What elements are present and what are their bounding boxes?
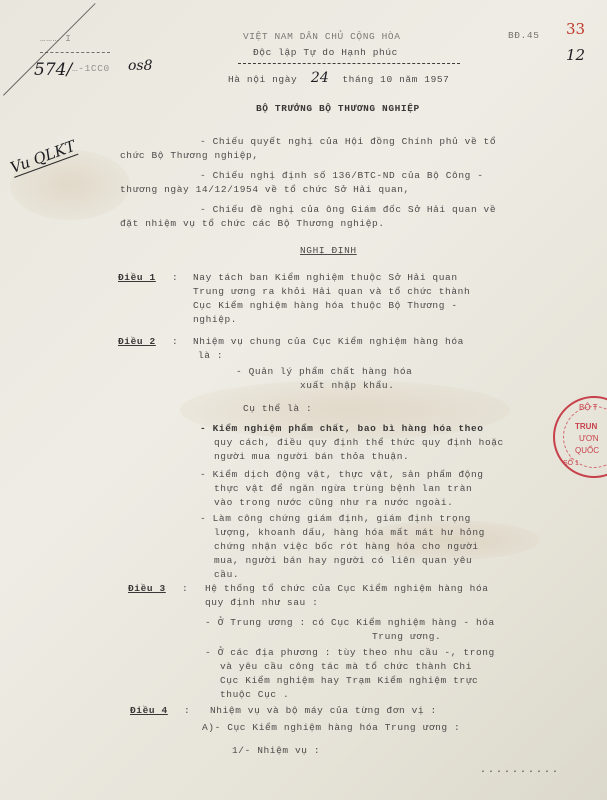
article-2-specific-heading: Cụ thể là : xyxy=(243,403,312,414)
article-4-label: Điều 4 xyxy=(130,705,168,716)
article-4-line: Nhiệm vụ và bộ máy của từng đơn vị : xyxy=(210,705,437,716)
article-1-line: Cục Kiểm nghiệm hàng hóa thuộc Bộ Thương… xyxy=(193,300,458,311)
state-name: VIỆT NAM DÂN CHỦ CỘNG HÒA xyxy=(243,31,401,42)
article-2-label: Điều 2 xyxy=(118,336,156,347)
article-1-label: Điều 1 xyxy=(118,272,156,283)
handwritten-date-day: 24 xyxy=(311,70,329,86)
article-1-line: Nay tách ban Kiểm nghiệm thuộc Sở Hải qu… xyxy=(193,272,458,283)
consideration-3-line1: - Chiếu đề nghị của ông Giám đốc Sở Hải … xyxy=(200,204,496,215)
article-2-line: là : xyxy=(198,350,223,361)
header-left-line2: …-1CC0 xyxy=(72,63,110,74)
article-3-bullet: - Ở các địa phương : tùy theo nhu cầu -,… xyxy=(205,647,495,658)
article-2-bullet: - Kiểm nghiệm phẩm chất, bao bì hàng hóa… xyxy=(200,423,484,434)
article-2-bullet: vào trong nước cũng như ra nước ngoài. xyxy=(214,497,453,508)
article-3-bullet: Cục Kiểm nghiệm hay Trạm Kiểm nghiệm trự… xyxy=(220,675,478,686)
page-number-red: 33 xyxy=(566,20,585,38)
article-3-bullet: Trung ương. xyxy=(372,631,441,642)
article-4-subsection: 1/- Nhiệm vụ : xyxy=(232,745,320,756)
decision-heading: NGHỊ ĐỊNH xyxy=(300,245,357,256)
article-3-bullet: và yêu cầu công tác mà tổ chức thành Chi xyxy=(220,661,472,672)
article-4-subsection: A)- Cục Kiểm nghiệm hàng hóa Trung ương … xyxy=(202,722,460,733)
handwritten-dispatch-number: 574/ xyxy=(34,60,72,80)
article-3-line: quy định như sau : xyxy=(205,597,318,608)
article-colon: : xyxy=(172,336,178,347)
consideration-1-line2: chức Bộ Thương nghiệp, xyxy=(120,150,259,161)
article-2-bullet: - Làm công chứng giám định, giám định tr… xyxy=(200,513,471,524)
article-2-bullet: thực vật để ngăn ngừa trùng bệnh lan trà… xyxy=(214,483,472,494)
header-rule xyxy=(238,63,460,64)
article-2-bullet: lượng, khoanh dấu, hàng hóa mất mát hư h… xyxy=(214,527,485,538)
article-3-bullet: - Ở Trung ương : có Cục Kiểm nghiệm hàng… xyxy=(205,617,495,628)
article-3-bullet: thuộc Cục . xyxy=(220,689,289,700)
article-2-line: Nhiệm vụ chung của Cục Kiểm nghiệm hàng … xyxy=(193,336,464,347)
continuation-dots: .......... xyxy=(480,765,560,776)
water-stain xyxy=(360,520,540,560)
official-red-stamp: BỘ T TRUN ƯƠN QUỐC SỐ 1 xyxy=(553,396,607,478)
article-1-line: Trung ương ra khỏi Hải quan và tổ chức t… xyxy=(193,286,470,297)
article-2-bullet: - Kiểm dịch động vật, thực vật, sản phẩm… xyxy=(200,469,484,480)
handwritten-ref-suffix: os8 xyxy=(128,58,153,74)
article-2-bullet: người mua người bán thỏa thuận. xyxy=(214,451,409,462)
page-number-black: 12 xyxy=(566,46,585,64)
diagonal-pencil-line xyxy=(3,3,96,96)
article-2-bullet: chứng nhận việc bốc rót hàng hóa cho ngư… xyxy=(214,541,479,552)
article-2-bullet: quy cách, điều quy định thể thức quy địn… xyxy=(214,437,504,448)
consideration-1-line1: - Chiếu quyết nghị của Hội đồng Chính ph… xyxy=(200,136,496,147)
date-line: Hà nội ngày 24 tháng 10 năm 1957 xyxy=(228,69,449,87)
article-2-bullet: mua, người bán hay người có liên quan yê… xyxy=(214,555,472,566)
document-title: BỘ TRƯỞNG BỘ THƯƠNG NGHIỆP xyxy=(256,103,420,114)
document-page: ……… I …-1CC0 574/ os8 Vu QLKT VIỆT NAM D… xyxy=(0,0,607,800)
article-2-bullet: cầu. xyxy=(214,569,239,580)
article-2-general: - Quản lý phẩm chất hàng hóa xyxy=(236,366,412,377)
header-left-rule xyxy=(40,52,110,53)
article-colon: : xyxy=(172,272,178,283)
article-3-line: Hệ thống tổ chức của Cục Kiểm nghiệm hàn… xyxy=(205,583,489,594)
article-colon: : xyxy=(184,705,190,716)
article-colon: : xyxy=(182,583,188,594)
article-1-line: nghiệp. xyxy=(193,314,237,325)
form-code: BĐ.45 xyxy=(508,30,540,41)
consideration-3-line2: đặt nhiệm vụ tổ chức các Bộ Thương nghiệ… xyxy=(120,218,385,229)
header-left-line1: ……… I xyxy=(40,33,72,44)
consideration-2-line2: thương ngày 14/12/1954 về tổ chức Sở Hải… xyxy=(120,184,410,195)
consideration-2-line1: - Chiếu nghị định số 136/BTC-ND của Bộ C… xyxy=(200,170,484,181)
article-3-label: Điều 3 xyxy=(128,583,166,594)
article-2-general: xuất nhập khẩu. xyxy=(300,380,395,391)
national-motto: Độc lập Tự do Hạnh phúc xyxy=(253,47,398,58)
